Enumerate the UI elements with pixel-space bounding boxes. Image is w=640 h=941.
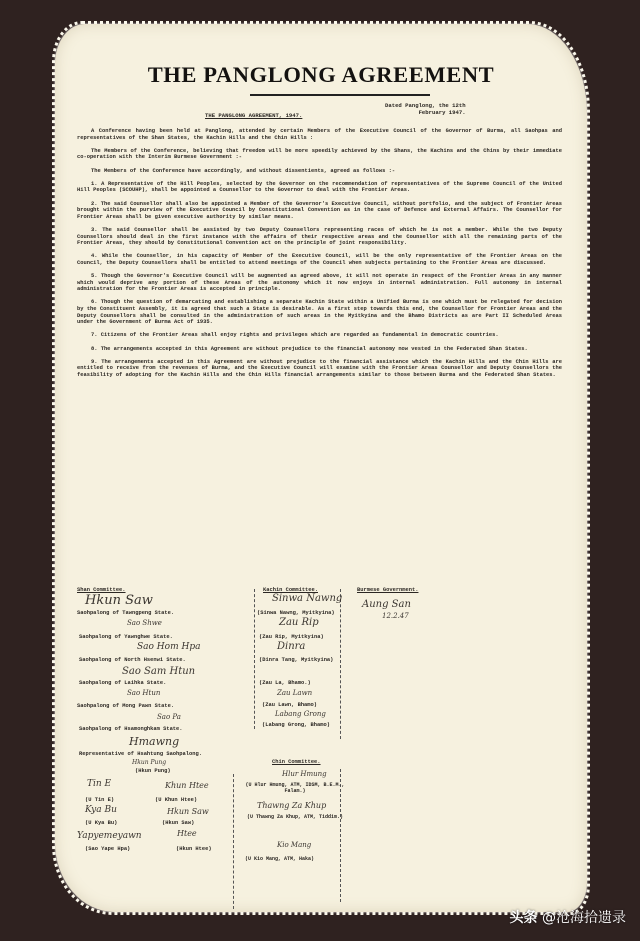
paragraph: 2. The said Counsellor shall also be app…	[77, 201, 562, 221]
paragraph: 8. The arrangements accepted in this Agr…	[77, 346, 562, 353]
paragraph: A Conference having been held at Panglon…	[77, 128, 562, 141]
burmese-government-heading: Burmese Government.	[357, 587, 418, 593]
signature: Sinwa Nawng	[272, 593, 342, 604]
signatory-line: (U Kio Mang, ATM, Haka)	[245, 856, 314, 862]
watermark-handle: @沧海拾遗录	[542, 910, 626, 926]
chin-committee-heading: Chin Committee.	[272, 759, 321, 765]
signature: Kio Mang	[277, 841, 311, 849]
signatory-line: (Zau Rip, Myitkyina)	[259, 634, 324, 640]
paragraph: 6. Though the question of demarcating an…	[77, 299, 562, 325]
column-divider	[254, 589, 255, 729]
agreement-body: A Conference having been held at Panglon…	[77, 128, 562, 385]
signature: Zau Lawn	[277, 689, 312, 697]
signatory-line: Representative of Hsahtung Saohpalong.	[79, 751, 202, 757]
signature: Labang Grong	[275, 710, 326, 718]
signature-date: 12.2.47	[382, 612, 409, 620]
signature: Sao Pa	[157, 713, 181, 721]
watermark-brand: 头条	[510, 910, 538, 926]
signature: Hkun Saw	[167, 807, 209, 816]
paragraph: 3. The said Counsellor shall be assisted…	[77, 227, 562, 247]
signature: Htee	[177, 829, 197, 838]
paragraph: The Members of the Conference have accor…	[77, 168, 562, 175]
paragraph: 7. Citizens of the Frontier Areas shall …	[77, 332, 562, 339]
title-underline	[250, 94, 430, 96]
signature: Hkun Saw	[85, 593, 153, 608]
signature: Sao Shwe	[127, 619, 162, 627]
document-page: THE PANGLONG AGREEMENT Dated Panglong, t…	[55, 24, 587, 912]
signatory-line: (Hkun Pung)	[135, 768, 171, 774]
signature: Sao Sam Htun	[122, 666, 195, 677]
column-divider	[233, 774, 234, 909]
signatory-line: (Hkun Htee)	[176, 846, 212, 852]
signatory-line: (Zau Lawn, Bhamo)	[262, 702, 317, 708]
document-subheading: THE PANGLONG AGREEMENT, 1947.	[205, 112, 302, 119]
signatory-line: Saohpalong of Mong Pawn State.	[77, 703, 174, 709]
signature: Zau Rip	[279, 617, 319, 628]
signature: Dinra	[277, 641, 305, 652]
signatory-line: (Hkun Saw)	[162, 820, 194, 826]
signatory-line: Saohpalong of Yawnghwe State.	[79, 634, 173, 640]
signature: Hmawng	[129, 735, 179, 748]
signature: Khun Htee	[165, 781, 209, 790]
signatory-line: (U Hlur Hmung, ATM, IDSM, B.E.M., Falam.…	[245, 782, 345, 794]
signatory-line: (Dinra Tang, Myitkyina)	[259, 657, 333, 663]
paragraph: 4. While the Counsellor, in his capacity…	[77, 253, 562, 266]
signatory-line: (Sinwa Nawng, Myitkyina)	[257, 610, 335, 616]
signature-block: Shan Committee. Kachin Committee. Burmes…	[77, 579, 567, 909]
signature: Thawng Za Khup	[257, 801, 326, 810]
dated-line: Dated Panglong, the 12th February 1947.	[385, 102, 466, 116]
watermark: 头条 @沧海拾遗录	[510, 907, 626, 927]
signature: Sao Hom Hpa	[137, 642, 200, 652]
signatory-line: (U Kya Bu)	[85, 820, 117, 826]
signature: Kya Bu	[85, 805, 117, 815]
signatory-line: Saohpalong of North Hsenwi State.	[79, 657, 186, 663]
signatory-line: Saohpalong of Tawngpeng State.	[77, 610, 174, 616]
signature: Sao Htun	[127, 689, 160, 697]
signatory-line: (Sao Yape Hpa)	[85, 846, 130, 852]
signature: Aung San	[362, 599, 411, 610]
signatory-line: (U Thawng Za Khup, ATM, Tiddim.)	[245, 814, 345, 820]
signatory-line: Saohpalong of Hsamonghkam State.	[79, 726, 183, 732]
paragraph: 5. Though the Governor's Executive Counc…	[77, 273, 562, 293]
paragraph: The Members of the Conference, believing…	[77, 148, 562, 161]
signatory-line: Saohpalong of Laihka State.	[79, 680, 166, 686]
document-title: THE PANGLONG AGREEMENT	[55, 62, 587, 88]
paragraph: 9. The arrangements accepted in this Agr…	[77, 359, 562, 379]
signatory-line: (Zau La, Bhamo.)	[259, 680, 311, 686]
signature: Yapyemeyawn	[77, 831, 142, 841]
signatory-line: (Labang Grong, Bhamo)	[262, 722, 330, 728]
paragraph: 1. A Representative of the Hill Peoples,…	[77, 181, 562, 194]
column-divider	[340, 589, 341, 739]
signature: Tin E	[87, 779, 111, 789]
signature: Hkun Pung	[132, 759, 166, 766]
signatory-line: (U Tin E)	[85, 797, 114, 803]
signatory-line: (U Khun Htee)	[155, 797, 197, 803]
signature: Hlur Hmung	[282, 770, 327, 778]
